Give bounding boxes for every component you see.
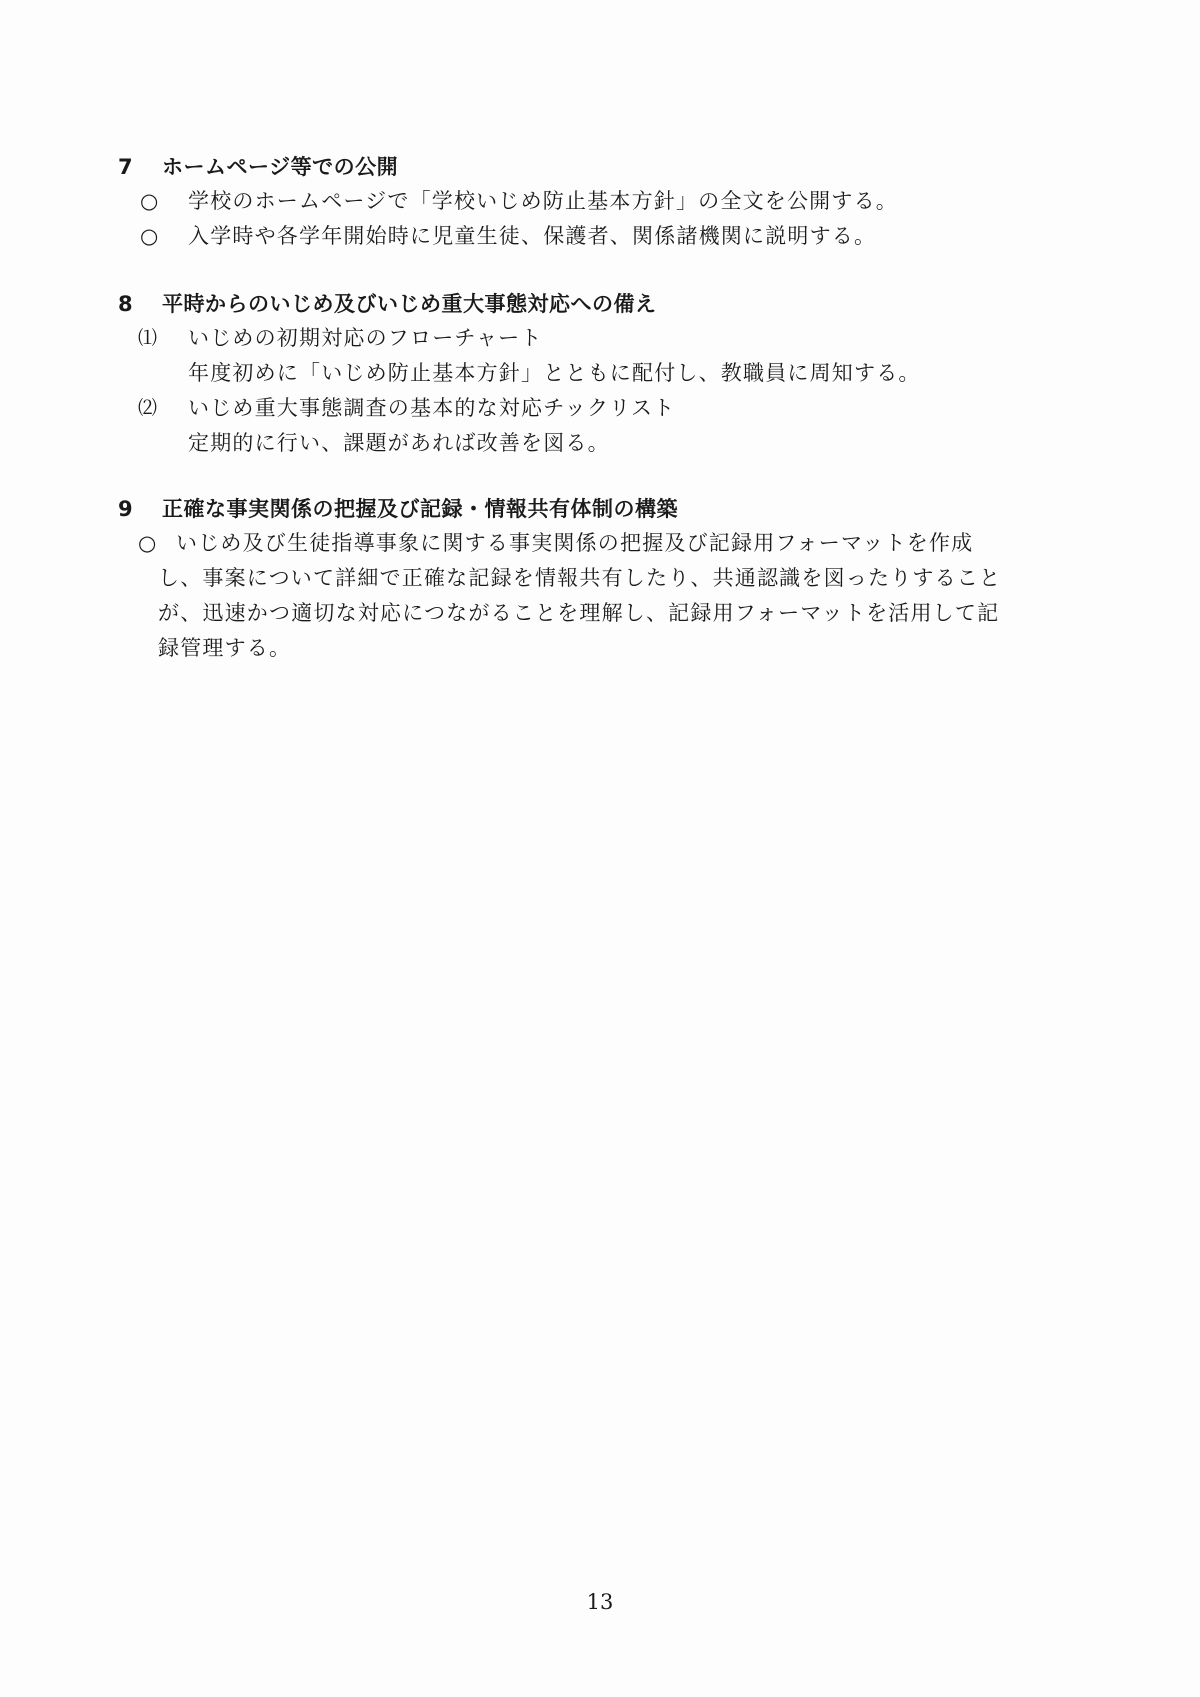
section-heading: 8平時からのいじめ及びいじめ重大事態対応への備え	[118, 287, 1098, 321]
sub-item-text: いじめ重大事態調査の基本的な対応チックリスト	[188, 391, 675, 426]
bullet-item: ○ 入学時や各学年開始時に児童生徒、保護者、関係諸機関に説明する。	[118, 219, 1098, 254]
document-page: 7ホームページ等での公開 ○ 学校のホームページで「学校いじめ防止基本方針」の全…	[0, 0, 1200, 1697]
section-9: 9正確な事実関係の把握及び記録・情報共有体制の構築 ○ いじめ及び生徒指導事象に…	[118, 492, 1098, 666]
section-number: 7	[118, 150, 162, 184]
section-title: 正確な事実関係の把握及び記録・情報共有体制の構築	[162, 497, 678, 521]
bullet-text: 学校のホームページで「学校いじめ防止基本方針」の全文を公開する。	[188, 184, 898, 219]
section-title: ホームページ等での公開	[162, 155, 398, 179]
section-7: 7ホームページ等での公開 ○ 学校のホームページで「学校いじめ防止基本方針」の全…	[118, 150, 1098, 254]
paragraph-line: ○ いじめ及び生徒指導事象に関する事実関係の把握及び記録用フォーマットを作成	[118, 526, 1098, 561]
circle-bullet-icon: ○	[138, 526, 158, 561]
section-heading: 7ホームページ等での公開	[118, 150, 1098, 184]
paragraph-text: 録管理する。	[158, 631, 291, 666]
circle-bullet-icon: ○	[140, 184, 160, 219]
sub-item-text: いじめの初期対応のフローチャート	[188, 321, 543, 356]
paragraph-text: いじめ及び生徒指導事象に関する事実関係の把握及び記録用フォーマットを作成	[176, 526, 973, 561]
circle-bullet-icon: ○	[140, 219, 160, 254]
sub-item-title: ⑴ いじめの初期対応のフローチャート	[118, 321, 1098, 356]
section-number: 8	[118, 287, 162, 321]
detail-text: 年度初めに「いじめ防止基本方針」とともに配付し、教職員に周知する。	[188, 356, 921, 391]
bullet-item: ○ 学校のホームページで「学校いじめ防止基本方針」の全文を公開する。	[118, 184, 1098, 219]
bullet-text: 入学時や各学年開始時に児童生徒、保護者、関係諸機関に説明する。	[188, 219, 876, 254]
section-heading: 9正確な事実関係の把握及び記録・情報共有体制の構築	[118, 492, 1098, 526]
sub-item-detail: 年度初めに「いじめ防止基本方針」とともに配付し、教職員に周知する。	[118, 356, 1098, 391]
section-8: 8平時からのいじめ及びいじめ重大事態対応への備え ⑴ いじめの初期対応のフローチ…	[118, 287, 1098, 461]
paragraph-line: 録管理する。	[118, 631, 1098, 666]
detail-text: 定期的に行い、課題があれば改善を図る。	[188, 426, 610, 461]
section-title: 平時からのいじめ及びいじめ重大事態対応への備え	[162, 292, 657, 316]
sub-item-marker: ⑴	[138, 321, 158, 356]
section-number: 9	[118, 492, 162, 526]
paragraph-line: し、事案について詳細で正確な記録を情報共有したり、共通認識を図ったりすること	[118, 561, 1098, 596]
sub-item-marker: ⑵	[138, 391, 158, 426]
sub-item-title: ⑵ いじめ重大事態調査の基本的な対応チックリスト	[118, 391, 1098, 426]
sub-item-detail: 定期的に行い、課題があれば改善を図る。	[118, 426, 1098, 461]
page-number: 13	[0, 1590, 1200, 1614]
paragraph-text: が、迅速かつ適切な対応につながることを理解し、記録用フォーマットを活用して記	[158, 596, 999, 631]
paragraph-line: が、迅速かつ適切な対応につながることを理解し、記録用フォーマットを活用して記	[118, 596, 1098, 631]
paragraph-text: し、事案について詳細で正確な記録を情報共有したり、共通認識を図ったりすること	[158, 561, 1001, 596]
